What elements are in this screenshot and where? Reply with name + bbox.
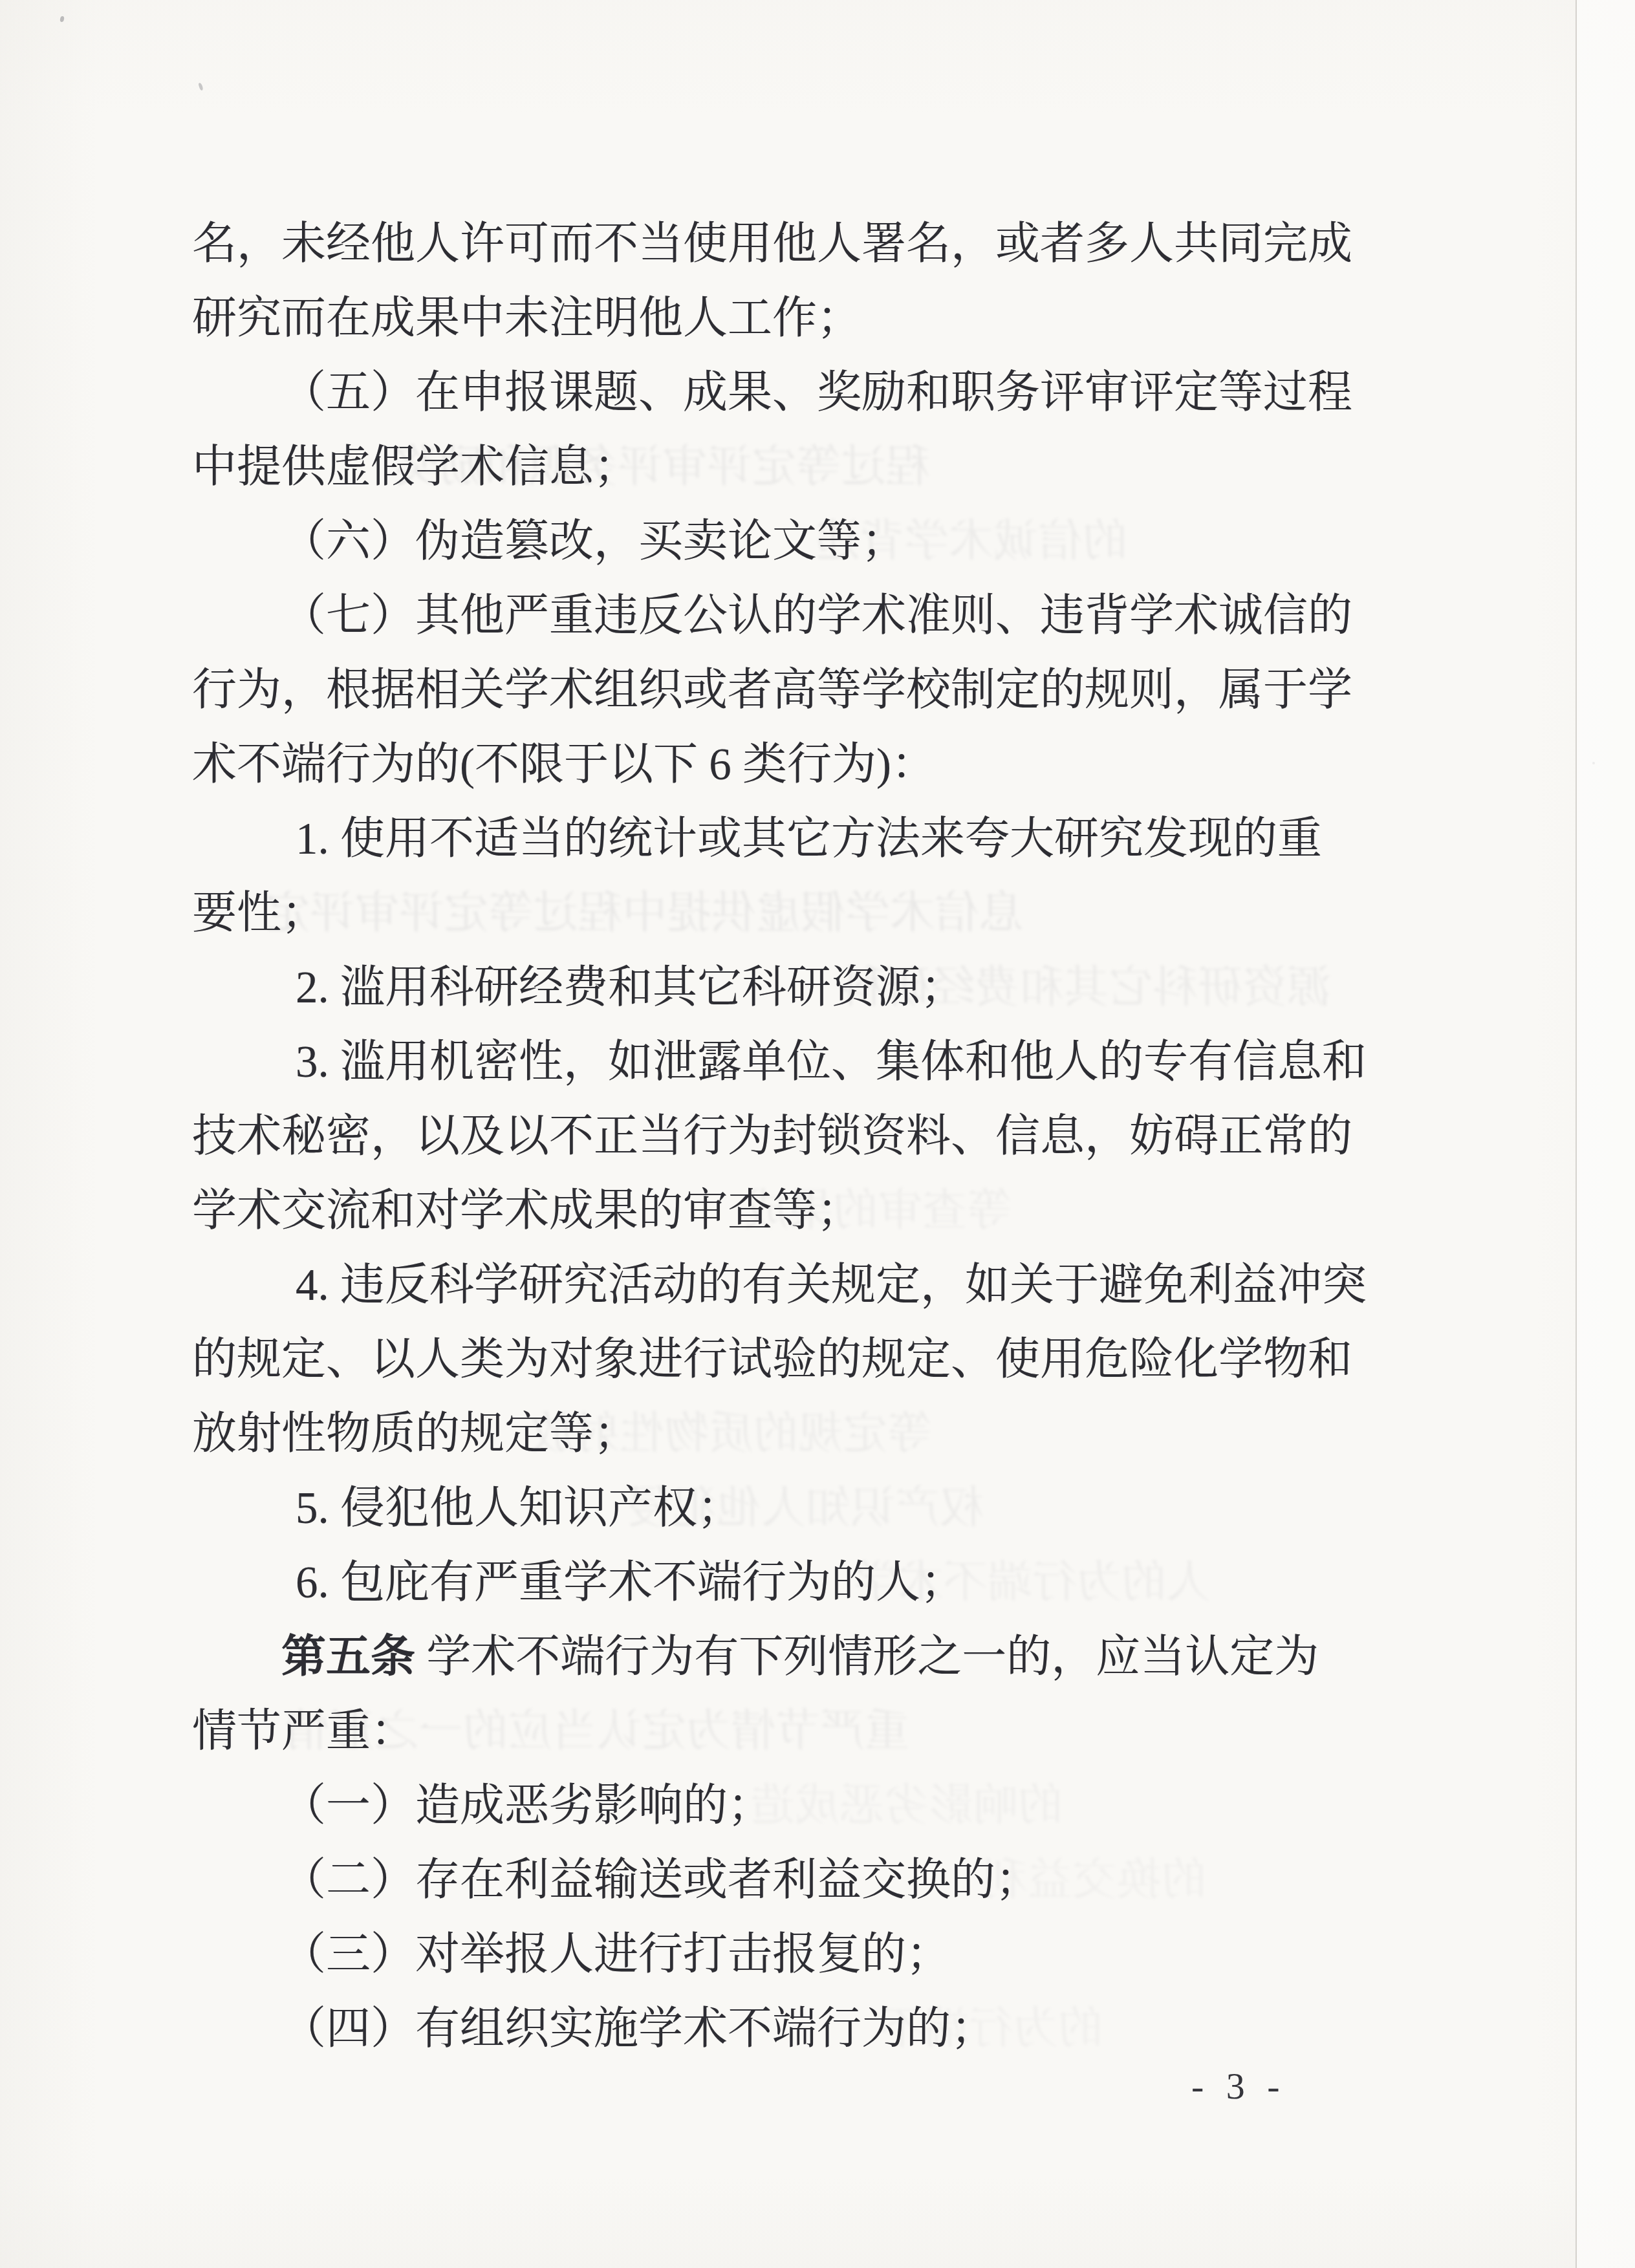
text-line: （七）其他严重违反公认的学术准则、违背学术诚信的 bbox=[192, 579, 1356, 653]
text-line: 学术交流和对学术成果的审查等； bbox=[192, 1174, 1356, 1248]
text-line: （三）对举报人进行打击报复的； bbox=[192, 1917, 1356, 1992]
article-number-bold: 第五条 bbox=[281, 1632, 415, 1681]
text-line: 的规定、以人类为对象进行试验的规定、使用危险化学物和 bbox=[192, 1323, 1356, 1397]
text-line: 5. 侵犯他人知识产权； bbox=[192, 1471, 1356, 1546]
text-line: 研究而在成果中未注明他人工作； bbox=[192, 281, 1356, 356]
text-line: 1. 使用不适当的统计或其它方法来夸大研究发现的重 bbox=[192, 802, 1356, 876]
text-line: 术不端行为的(不限于以下 6 类行为)： bbox=[192, 728, 1356, 802]
text-line: （五）在申报课题、成果、奖励和职务评审评定等过程 bbox=[192, 356, 1356, 430]
scanned-document-page: 程过等定评审评务职和励奖的信诚术学背违息信术学假虚供提中程过等定评审评定源资研科… bbox=[0, 0, 1635, 2268]
text-line: 行为，根据相关学术组织或者高等学校制定的规则，属于学 bbox=[192, 653, 1356, 728]
page-number: - 3 - bbox=[1191, 2063, 1286, 2110]
text-line: 第五条 学术不端行为有下列情形之一的，应当认定为 bbox=[192, 1620, 1356, 1694]
text-line: （一）造成恶劣影响的； bbox=[192, 1769, 1356, 1843]
document-body: 名，未经他人许可而不当使用他人署名，或者多人共同完成研究而在成果中未注明他人工作… bbox=[192, 207, 1356, 2066]
text-line: 4. 违反科学研究活动的有关规定，如关于避免利益冲突 bbox=[192, 1248, 1356, 1323]
text-line: 要性； bbox=[192, 876, 1356, 951]
text-line: 6. 包庇有严重学术不端行为的人； bbox=[192, 1546, 1356, 1620]
text-line: 中提供虚假学术信息； bbox=[192, 430, 1356, 504]
text-line: （四）有组织实施学术不端行为的； bbox=[192, 1992, 1356, 2066]
paper-crease-line bbox=[1575, 0, 1577, 2268]
text-line: 2. 滥用科研经费和其它科研资源； bbox=[192, 951, 1356, 1025]
scan-speck bbox=[198, 83, 203, 91]
text-line: 情节严重： bbox=[192, 1694, 1356, 1769]
text-line: 技术秘密，以及以不正当行为封锁资料、信息，妨碍正常的 bbox=[192, 1099, 1356, 1174]
scan-edge-band bbox=[1577, 0, 1635, 2268]
text-line: 3. 滥用机密性，如泄露单位、集体和他人的专有信息和 bbox=[192, 1025, 1356, 1099]
text-line: 放射性物质的规定等； bbox=[192, 1397, 1356, 1471]
text-line: （二）存在利益输送或者利益交换的； bbox=[192, 1843, 1356, 1917]
scan-speck bbox=[60, 16, 65, 22]
text-line: 名，未经他人许可而不当使用他人署名，或者多人共同完成 bbox=[192, 207, 1356, 281]
text-line: （六）伪造篡改，买卖论文等； bbox=[192, 504, 1356, 579]
